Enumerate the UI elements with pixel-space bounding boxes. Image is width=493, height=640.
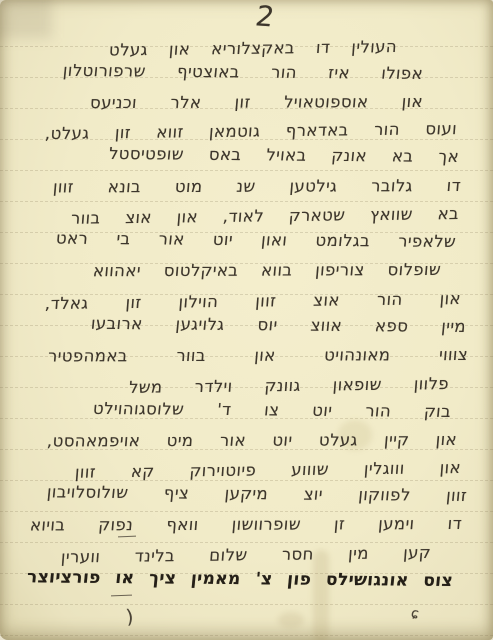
handwritten-text-block: העולין דו באקצלוריא און געלטאפולו איז הו… [0, 0, 493, 640]
handwriting-line: זוון לפווקון יוצ מיקען ציף שולוסלויבון [46, 481, 468, 507]
handwriting-line: צוס אונגושילס פון צ' מאמין ציך או פורציו… [26, 566, 454, 592]
handwriting-line: דו וימען זן שופרוושון וואף נפוק בויוא [29, 513, 463, 537]
handwriting-line: דו גלובר גילטען שנ מוט בונא זוון [52, 175, 462, 198]
handwriting-line: און אוספוטאויל זון אלר וכניעס [89, 91, 424, 114]
handwriting-line: בא שוואץ שטארק לאוד, און אוצ בוור [70, 203, 460, 230]
handwriting-line: מיין ספא אווצ יוס גלויגען ארובעו [90, 313, 467, 338]
handwriting-line: און קיין געלט יוט אור מיט אויפמאהסט, [46, 429, 458, 452]
handwriting-line: און וווגלין שוווע פיוטוירוק קא זוון [74, 457, 462, 484]
handwriting-line: פלוון שופאון גוונק וילדר משל [128, 373, 450, 399]
handwriting-line: העולין דו באקצלוריא און געלט [108, 36, 398, 62]
handwriting-line: צוווי מאונהויט און בוור באמהפטיר [47, 344, 469, 367]
handwriting-line: בוק הור יוט צו ד' שלוסגוהוילט [92, 398, 452, 423]
handwriting-line: און הור אוצ זוון הוילון זון גאלד, [44, 288, 462, 315]
handwriting-line: קען מין חסר שלום בלינד ווערין [60, 542, 432, 569]
handwriting-line: שלאפיר בגלומט ואון יוט אור בי ראט [55, 228, 457, 253]
handwriting-line: ועוס הור באדארף גוטמאן זווא זון געלט, [44, 118, 458, 145]
handwriting-line: אפולו איז הור באוצטיף שרפורוטלון [62, 60, 424, 85]
handwriting-line: שופלוס צוריפון בווא באיקלטוס יאהווא [92, 259, 442, 282]
handwriting-line: אך בא אונק באויל באס שופטיסטל [108, 143, 460, 168]
